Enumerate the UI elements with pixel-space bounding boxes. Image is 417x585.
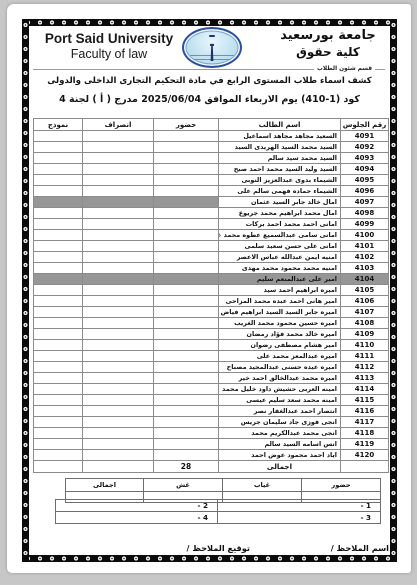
seat-number-cell: 4111: [341, 351, 389, 362]
present-mark-cell: [154, 417, 219, 428]
present-mark-cell: [154, 131, 219, 142]
student-name-cell: انجى فوزى جاد سليمان جريس: [219, 417, 341, 428]
student-row: 4098 امال محمد ابراهيم محمد جريوع: [34, 208, 389, 219]
present-mark-cell: [154, 351, 219, 362]
form-mark-cell: [34, 296, 83, 307]
leave-mark-cell: [83, 142, 154, 153]
student-name-cell: الشيماء بدوى عبدالعزيز النوبى: [219, 175, 341, 186]
present-mark-cell: [154, 428, 219, 439]
student-row: 4094 السيد وليد السيد محمد احمد صبح: [34, 164, 389, 175]
seat-number-cell: 4091: [341, 131, 389, 142]
student-row: 4103 امنيه محمد محمود محمد مهدى: [34, 263, 389, 274]
student-row: 4101 امانى على حسن سعيد سلمى: [34, 241, 389, 252]
seat-number-cell: 4105: [341, 285, 389, 296]
student-name-cell: السيد محمد سيد سالم: [219, 153, 341, 164]
attendance-table-header: رقم الجلوس اسم الطالب حضور انصراف نموذج: [34, 119, 389, 131]
numbered-row: - 3 - 4: [56, 512, 381, 524]
form-mark-cell: [34, 252, 83, 263]
student-name-cell: اميره جابر السيد السيد ابراهيم فياض: [219, 307, 341, 318]
student-row: 4110 امير هشام مصطفى رضوان: [34, 340, 389, 351]
form-mark-cell: [34, 307, 83, 318]
present-mark-cell: [154, 296, 219, 307]
present-mark-cell: [154, 274, 219, 285]
leave-mark-cell: [83, 340, 154, 351]
student-row: 4117 انجى فوزى جاد سليمان جريس: [34, 417, 389, 428]
present-mark-cell: [154, 219, 219, 230]
total-leave-cell: [83, 461, 154, 473]
present-mark-cell: [154, 197, 219, 208]
seat-number-cell: 4101: [341, 241, 389, 252]
seat-number-cell: 4100: [341, 230, 389, 241]
seat-number-cell: 4120: [341, 450, 389, 461]
leave-mark-cell: [83, 131, 154, 142]
numbered-row: - 1 - 2: [56, 500, 381, 512]
student-row: 4115 امينه محمد سعد سليم عيسى: [34, 395, 389, 406]
department-label: قسم شئون الطلاب: [317, 66, 372, 72]
attendance-header-row: رقم الجلوس اسم الطالب حضور انصراف نموذج: [34, 119, 389, 131]
present-mark-cell: [154, 153, 219, 164]
numbered-cell-right: - 3: [218, 512, 381, 524]
form-mark-cell: [34, 131, 83, 142]
present-mark-cell: [154, 186, 219, 197]
summary-header-cell: غياب: [223, 479, 302, 492]
student-row: 4093 السيد محمد سيد سالم: [34, 153, 389, 164]
numbered-cell-right: - 1: [218, 500, 381, 512]
leave-mark-cell: [83, 263, 154, 274]
student-name-cell: امير هانى احمد عبده محمد المزاحى: [219, 296, 341, 307]
student-row: 4119 انس اسامه السيد سالم: [34, 439, 389, 450]
student-row: 4113 اميره محمد عبدالخالق احمد خير: [34, 373, 389, 384]
present-mark-cell: [154, 406, 219, 417]
form-mark-cell: [34, 450, 83, 461]
leave-mark-cell: [83, 175, 154, 186]
numbered-notes-body: - 1 - 2 - 3 - 4: [56, 500, 381, 524]
total-seat-cell: [341, 461, 389, 473]
numbered-cell-left: - 4: [56, 512, 218, 524]
student-row: 4114 امينه العربى حشيش داود خليل محمد: [34, 384, 389, 395]
form-mark-cell: [34, 197, 83, 208]
leave-mark-cell: [83, 428, 154, 439]
summary-header-cell: اجمالى: [66, 479, 144, 492]
header-form: نموذج: [34, 119, 83, 131]
seat-number-cell: 4104: [341, 274, 389, 285]
present-mark-cell: [154, 329, 219, 340]
leave-mark-cell: [83, 395, 154, 406]
form-mark-cell: [34, 318, 83, 329]
student-name-cell: امال محمد ابراهيم محمد جريوع: [219, 208, 341, 219]
form-mark-cell: [34, 175, 83, 186]
seat-number-cell: 4108: [341, 318, 389, 329]
student-name-cell: انس اسامه السيد سالم: [219, 439, 341, 450]
seat-number-cell: 4119: [341, 439, 389, 450]
present-mark-cell: [154, 450, 219, 461]
form-mark-cell: [34, 208, 83, 219]
header-seat-no: رقم الجلوس: [341, 119, 389, 131]
student-name-cell: امير على عبدالمنعم سليم: [219, 274, 341, 285]
student-name-cell: اميره حسين محمود محمد الغريب: [219, 318, 341, 329]
seat-number-cell: 4110: [341, 340, 389, 351]
student-name-cell: امير هشام مصطفى رضوان: [219, 340, 341, 351]
present-mark-cell: [154, 340, 219, 351]
header-leave: انصراف: [83, 119, 154, 131]
form-mark-cell: [34, 439, 83, 450]
leave-mark-cell: [83, 153, 154, 164]
student-name-cell: اميره عبدالمعز محمد على: [219, 351, 341, 362]
leave-mark-cell: [83, 307, 154, 318]
student-row: 4095 الشيماء بدوى عبدالعزيز النوبى: [34, 175, 389, 186]
department-divider: قسم شئون الطلاب: [33, 66, 385, 72]
university-seal-icon: [182, 27, 242, 68]
leave-mark-cell: [83, 417, 154, 428]
present-mark-cell: [154, 384, 219, 395]
student-row: 4109 اميره خالد محمد فؤاد رمضان: [34, 329, 389, 340]
leave-mark-cell: [83, 208, 154, 219]
form-mark-cell: [34, 362, 83, 373]
seat-number-cell: 4102: [341, 252, 389, 263]
student-name-cell: امنيه ايمن عبدالله عباس الاعصر: [219, 252, 341, 263]
seat-number-cell: 4097: [341, 197, 389, 208]
form-mark-cell: [34, 153, 83, 164]
leave-mark-cell: [83, 285, 154, 296]
student-name-cell: السعيد مجاهد مجاهد اسماعيل: [219, 131, 341, 142]
leave-mark-cell: [83, 384, 154, 395]
university-name-arabic: جامعة بورسعيد كلية حقوق: [273, 27, 383, 60]
student-row: 4099 امانى احمد محمد احمد بركات: [34, 219, 389, 230]
student-row: 4116 انتصار احمد عبدالغفار نصر: [34, 406, 389, 417]
total-form-cell: [34, 461, 83, 473]
student-row: 4092 السيد محمد السيد الهريدى السيد: [34, 142, 389, 153]
seat-number-cell: 4094: [341, 164, 389, 175]
student-name-cell: امينه العربى حشيش داود خليل محمد: [219, 384, 341, 395]
seat-number-cell: 4115: [341, 395, 389, 406]
leave-mark-cell: [83, 252, 154, 263]
leave-mark-cell: [83, 274, 154, 285]
seat-number-cell: 4096: [341, 186, 389, 197]
university-name-english: Port Said University Faculty of law: [34, 31, 184, 62]
present-mark-cell: [154, 252, 219, 263]
student-name-cell: السيد محمد السيد الهريدى السيد: [219, 142, 341, 153]
university-en-line2: Faculty of law: [34, 47, 184, 62]
form-mark-cell: [34, 164, 83, 175]
seat-number-cell: 4117: [341, 417, 389, 428]
form-mark-cell: [34, 142, 83, 153]
leave-mark-cell: [83, 450, 154, 461]
header-present: حضور: [154, 119, 219, 131]
leave-mark-cell: [83, 164, 154, 175]
present-mark-cell: [154, 241, 219, 252]
present-mark-cell: [154, 230, 219, 241]
form-mark-cell: [34, 219, 83, 230]
form-mark-cell: [34, 263, 83, 274]
numbered-cell-left: - 2: [56, 500, 218, 512]
header-student-name: اسم الطالب: [219, 119, 341, 131]
sheet-title: كشف اسماء طلاب المستوى الرابع في مادة ال…: [22, 76, 397, 86]
leave-mark-cell: [83, 362, 154, 373]
numbered-notes-table: - 1 - 2 - 3 - 4: [55, 499, 381, 524]
form-mark-cell: [34, 186, 83, 197]
student-row: 4120 اياد احمد محمود عوض احمد: [34, 450, 389, 461]
form-mark-cell: [34, 428, 83, 439]
leave-mark-cell: [83, 241, 154, 252]
seat-number-cell: 4109: [341, 329, 389, 340]
form-mark-cell: [34, 329, 83, 340]
student-name-cell: اميره ابراهيم احمد سيد: [219, 285, 341, 296]
leave-mark-cell: [83, 329, 154, 340]
seat-number-cell: 4113: [341, 373, 389, 384]
observer-name-label: اسم الملاحظ /: [279, 543, 389, 553]
university-ar-line2: كلية حقوق: [273, 44, 383, 60]
student-name-cell: الشيماء حماده فهمى سالم على: [219, 186, 341, 197]
student-name-cell: امانى على حسن سعيد سلمى: [219, 241, 341, 252]
seat-number-cell: 4107: [341, 307, 389, 318]
document-preview: Port Said University Faculty of law جامع…: [0, 0, 417, 585]
leave-mark-cell: [83, 219, 154, 230]
form-mark-cell: [34, 340, 83, 351]
student-name-cell: امانى سامى عبدالسميع عطوه محمد على: [219, 230, 341, 241]
seat-number-cell: 4095: [341, 175, 389, 186]
seat-number-cell: 4106: [341, 296, 389, 307]
leave-mark-cell: [83, 296, 154, 307]
present-mark-cell: [154, 164, 219, 175]
total-label-cell: اجمالى: [219, 461, 341, 473]
total-present-cell: 28: [154, 461, 219, 473]
seat-number-cell: 4093: [341, 153, 389, 164]
student-row: 4106 امير هانى احمد عبده محمد المزاحى: [34, 296, 389, 307]
student-name-cell: انجى محمد عبدالكريم محمد: [219, 428, 341, 439]
leave-mark-cell: [83, 230, 154, 241]
present-mark-cell: [154, 208, 219, 219]
present-mark-cell: [154, 142, 219, 153]
sheet-subtitle: كود (1-410) يوم الاربعاء الموافق 2025/06…: [22, 94, 397, 105]
present-mark-cell: [154, 285, 219, 296]
university-ar-line1: جامعة بورسعيد: [273, 27, 383, 44]
student-name-cell: امنيه محمد محمود محمد مهدى: [219, 263, 341, 274]
student-name-cell: اميره محمد عبدالخالق احمد خير: [219, 373, 341, 384]
seat-number-cell: 4103: [341, 263, 389, 274]
present-mark-cell: [154, 175, 219, 186]
student-row: 4097 امال خالد جابر السيد عثمان: [34, 197, 389, 208]
student-row: 4118 انجى محمد عبدالكريم محمد: [34, 428, 389, 439]
student-name-cell: امانى احمد محمد احمد بركات: [219, 219, 341, 230]
present-mark-cell: [154, 263, 219, 274]
form-mark-cell: [34, 417, 83, 428]
leave-mark-cell: [83, 197, 154, 208]
summary-header: حضورغيابغشاجمالى: [66, 479, 381, 492]
attendance-total: اجمالى 28: [34, 461, 389, 473]
observer-signature-label: توقيع الملاحظ /: [140, 543, 250, 553]
student-row: 4104 امير على عبدالمنعم سليم: [34, 274, 389, 285]
present-mark-cell: [154, 439, 219, 450]
lighthouse-lamp: [209, 35, 215, 37]
attendance-table-body: 4091 السعيد مجاهد مجاهد اسماعيل 4092 الس…: [34, 131, 389, 461]
leave-mark-cell: [83, 439, 154, 450]
seat-number-cell: 4098: [341, 208, 389, 219]
form-mark-cell: [34, 395, 83, 406]
student-row: 4091 السعيد مجاهد مجاهد اسماعيل: [34, 131, 389, 142]
student-name-cell: انتصار احمد عبدالغفار نصر: [219, 406, 341, 417]
seat-number-cell: 4116: [341, 406, 389, 417]
student-row: 4108 اميره حسين محمود محمد الغريب: [34, 318, 389, 329]
student-row: 4100 امانى سامى عبدالسميع عطوه محمد على: [34, 230, 389, 241]
seat-number-cell: 4118: [341, 428, 389, 439]
leave-mark-cell: [83, 186, 154, 197]
present-mark-cell: [154, 307, 219, 318]
student-row: 4096 الشيماء حماده فهمى سالم على: [34, 186, 389, 197]
student-row: 4105 اميره ابراهيم احمد سيد: [34, 285, 389, 296]
summary-header-cell: حضور: [302, 479, 381, 492]
present-mark-cell: [154, 362, 219, 373]
student-name-cell: السيد وليد السيد محمد احمد صبح: [219, 164, 341, 175]
summary-header-row: حضورغيابغشاجمالى: [66, 479, 381, 492]
student-name-cell: امال خالد جابر السيد عثمان: [219, 197, 341, 208]
present-mark-cell: [154, 395, 219, 406]
divider-rule-short: [375, 69, 385, 70]
student-row: 4112 اميره عبده حسنى عبدالمجيد مصباح: [34, 362, 389, 373]
student-row: 4107 اميره جابر السيد السيد ابراهيم فياض: [34, 307, 389, 318]
leave-mark-cell: [83, 351, 154, 362]
page-content: Port Said University Faculty of law جامع…: [22, 19, 397, 562]
seat-number-cell: 4099: [341, 219, 389, 230]
university-en-line1: Port Said University: [34, 31, 184, 47]
leave-mark-cell: [83, 318, 154, 329]
seat-number-cell: 4092: [341, 142, 389, 153]
student-name-cell: اميره عبده حسنى عبدالمجيد مصباح: [219, 362, 341, 373]
present-mark-cell: [154, 373, 219, 384]
leave-mark-cell: [83, 373, 154, 384]
attendance-table: رقم الجلوس اسم الطالب حضور انصراف نموذج …: [33, 118, 389, 473]
total-row: اجمالى 28: [34, 461, 389, 473]
form-mark-cell: [34, 285, 83, 296]
student-name-cell: اياد احمد محمود عوض احمد: [219, 450, 341, 461]
form-mark-cell: [34, 373, 83, 384]
student-name-cell: اميره خالد محمد فؤاد رمضان: [219, 329, 341, 340]
student-name-cell: امينه محمد سعد سليم عيسى: [219, 395, 341, 406]
summary-header-cell: غش: [144, 479, 223, 492]
seat-number-cell: 4114: [341, 384, 389, 395]
form-mark-cell: [34, 384, 83, 395]
leave-mark-cell: [83, 406, 154, 417]
form-mark-cell: [34, 351, 83, 362]
form-mark-cell: [34, 230, 83, 241]
student-row: 4102 امنيه ايمن عبدالله عباس الاعصر: [34, 252, 389, 263]
student-row: 4111 اميره عبدالمعز محمد على: [34, 351, 389, 362]
divider-rule: [33, 69, 314, 70]
form-mark-cell: [34, 406, 83, 417]
present-mark-cell: [154, 318, 219, 329]
form-mark-cell: [34, 274, 83, 285]
seat-number-cell: 4112: [341, 362, 389, 373]
form-mark-cell: [34, 241, 83, 252]
